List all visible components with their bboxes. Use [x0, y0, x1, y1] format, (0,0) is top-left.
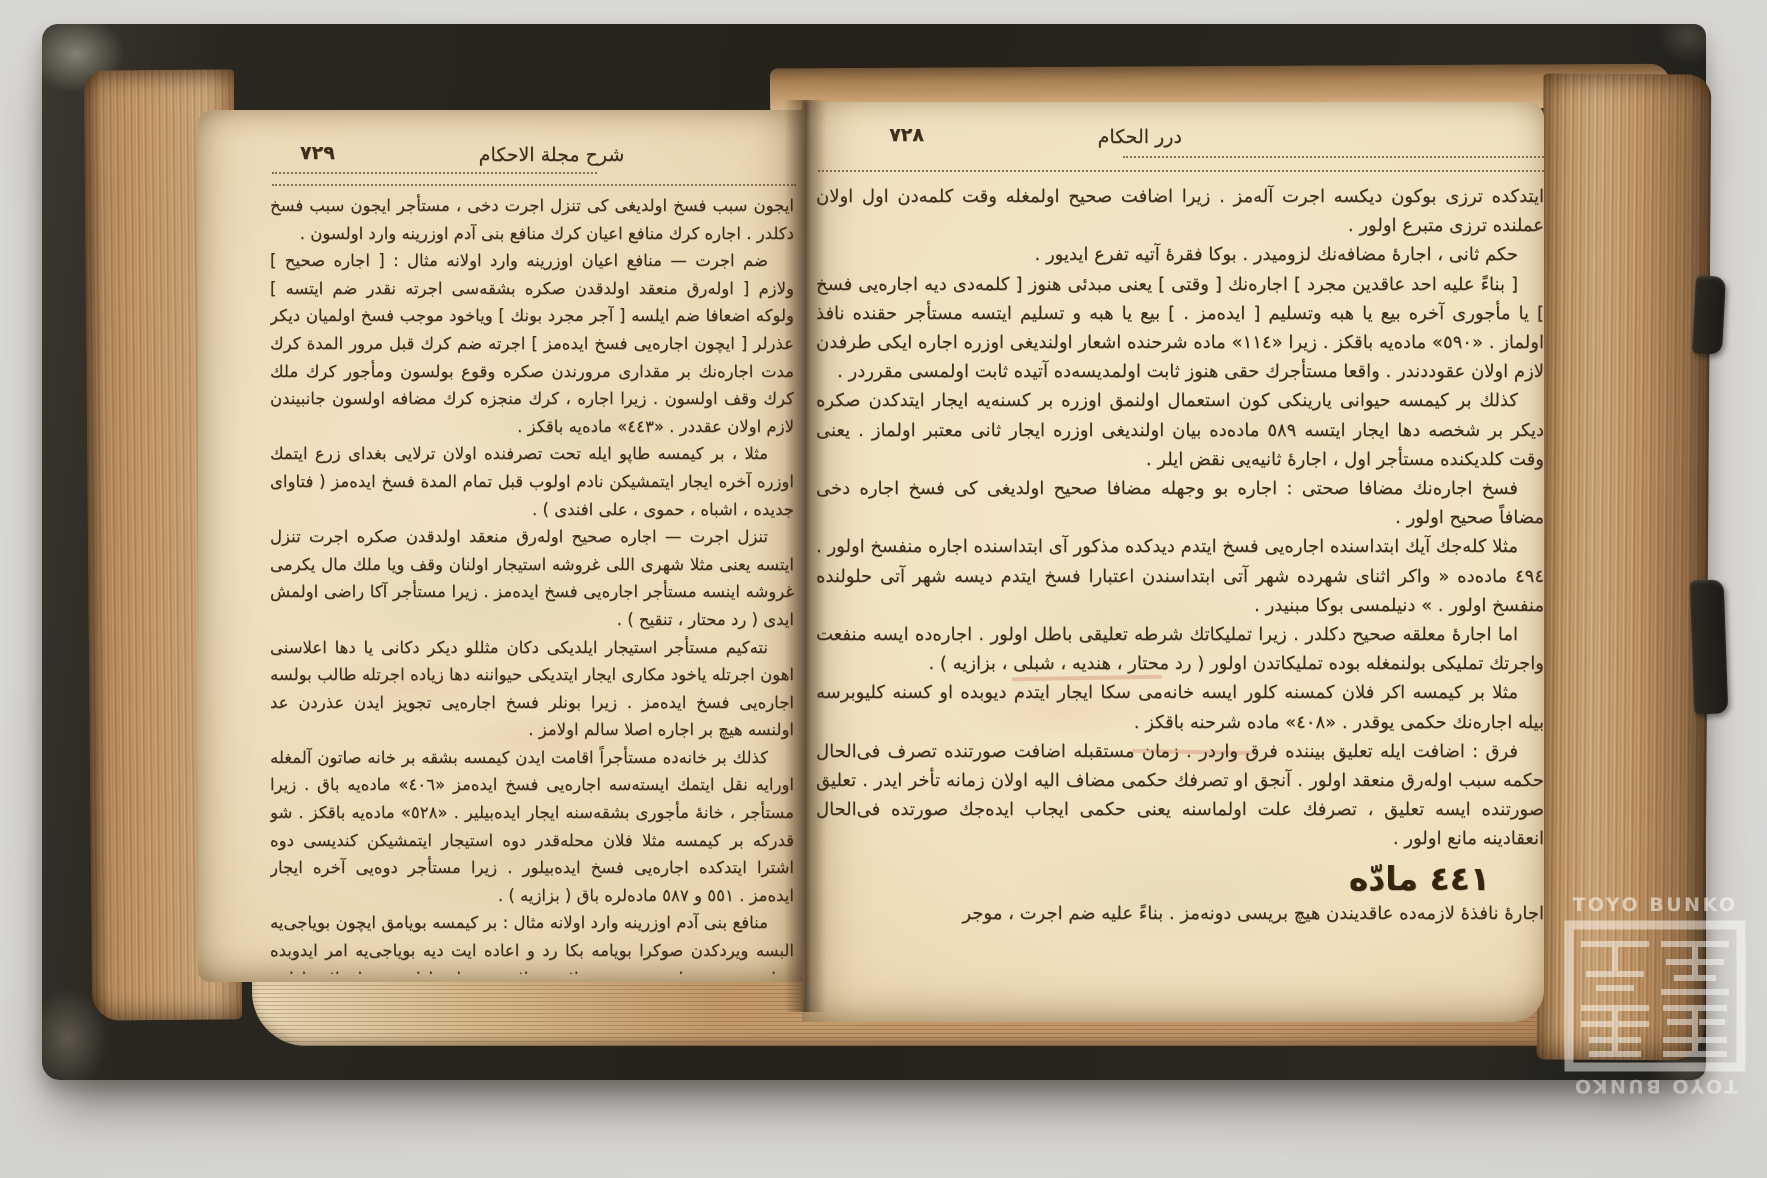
body-paragraph: تنزل اجرت — اجاره صحيح اوله‌رق منعقد اول…: [270, 523, 794, 633]
body-paragraph: كذلك بر كيمسه حيوانى يارينكى كون استعمال…: [816, 386, 1544, 474]
left-page: ٧٢٩ شرح مجلة الاحكام ايجون سبب فسخ اولدي…: [198, 110, 804, 982]
body-paragraph: اجارهٔ نافذهٔ لازمه‌ده عاقديندن هيچ بريس…: [816, 899, 1544, 928]
body-paragraph: اما اجارهٔ معلقه صحيح دكلدر . زيرا تمليك…: [816, 620, 1544, 678]
right-fore-edge-pages: [1537, 73, 1712, 1060]
body-paragraph: مثلا كله‌جك آيك ابتداسنده اجاره‌يى فسخ ا…: [816, 532, 1544, 620]
header-rule: [272, 172, 597, 174]
left-page-number: ٧٢٩: [300, 142, 335, 164]
clasp-remnant-icon: [1692, 275, 1726, 354]
clasp-remnant-icon: [1690, 579, 1729, 714]
body-paragraph: [ بناءً عليه احد عاقدين مجرد ] اجاره‌نك …: [816, 270, 1544, 387]
right-page: ٧٢٨ درر الحكام ايتدكده ترزى بوكون ديكسه …: [802, 102, 1544, 1022]
left-page-text: ايجون سبب فسخ اولديغى كى تنزل اجرت دخى ،…: [270, 192, 794, 974]
left-running-title: شرح مجلة الاحكام: [479, 144, 625, 166]
body-paragraph: ايجون سبب فسخ اولديغى كى تنزل اجرت دخى ،…: [270, 192, 794, 247]
body-paragraph: كذلك بر خانه‌ده مستأجراً اقامت ايدن كيمس…: [270, 744, 794, 910]
body-paragraph: فرق : اضافت ايله تعليق بيننده فرق واردر …: [816, 737, 1544, 854]
body-paragraph: منافع بنى آدم اوزرينه وارد اولانه مثال :…: [270, 909, 794, 974]
article-441-heading: ٤٤١ مادّه: [816, 864, 1544, 893]
body-paragraph: مثلا ، بر كيمسه طاپو ايله تحت تصرفنده او…: [270, 440, 794, 523]
left-page-header: ٧٢٩ شرح مجلة الاحكام: [272, 142, 796, 190]
body-paragraph: نته‌كيم مستأجر استيجار ايلديكى دكان مثلل…: [270, 634, 794, 744]
body-paragraph: ضم اجرت — منافع اعيان اوزرينه وارد اولان…: [270, 247, 794, 440]
body-paragraph: ايتدكده ترزى بوكون ديكسه اجرت آله‌مز . ز…: [816, 182, 1544, 240]
right-running-title: درر الحكام: [1098, 126, 1182, 148]
book-cover: ٧٢٩ شرح مجلة الاحكام ايجون سبب فسخ اولدي…: [42, 24, 1706, 1080]
right-page-header: ٧٢٨ درر الحكام: [818, 124, 1544, 176]
header-rule: [272, 184, 796, 186]
photo-backdrop: ٧٢٩ شرح مجلة الاحكام ايجون سبب فسخ اولدي…: [0, 0, 1767, 1178]
right-page-number: ٧٢٨: [889, 124, 924, 146]
right-page-text: ايتدكده ترزى بوكون ديكسه اجرت آله‌مز . ز…: [816, 182, 1544, 1018]
body-paragraph: حكم ثانى ، اجارهٔ مضافه‌نك لزوميدر . بوك…: [816, 240, 1544, 269]
header-rule: [818, 170, 1544, 172]
body-paragraph: مثلا بر كيمسه اكر فلان كمسنه كلور ايسه خ…: [816, 678, 1544, 736]
header-rule: [1123, 156, 1544, 158]
body-paragraph: فسخ اجاره‌نك مضافا صحتى : اجاره بو وجهله…: [816, 474, 1544, 532]
